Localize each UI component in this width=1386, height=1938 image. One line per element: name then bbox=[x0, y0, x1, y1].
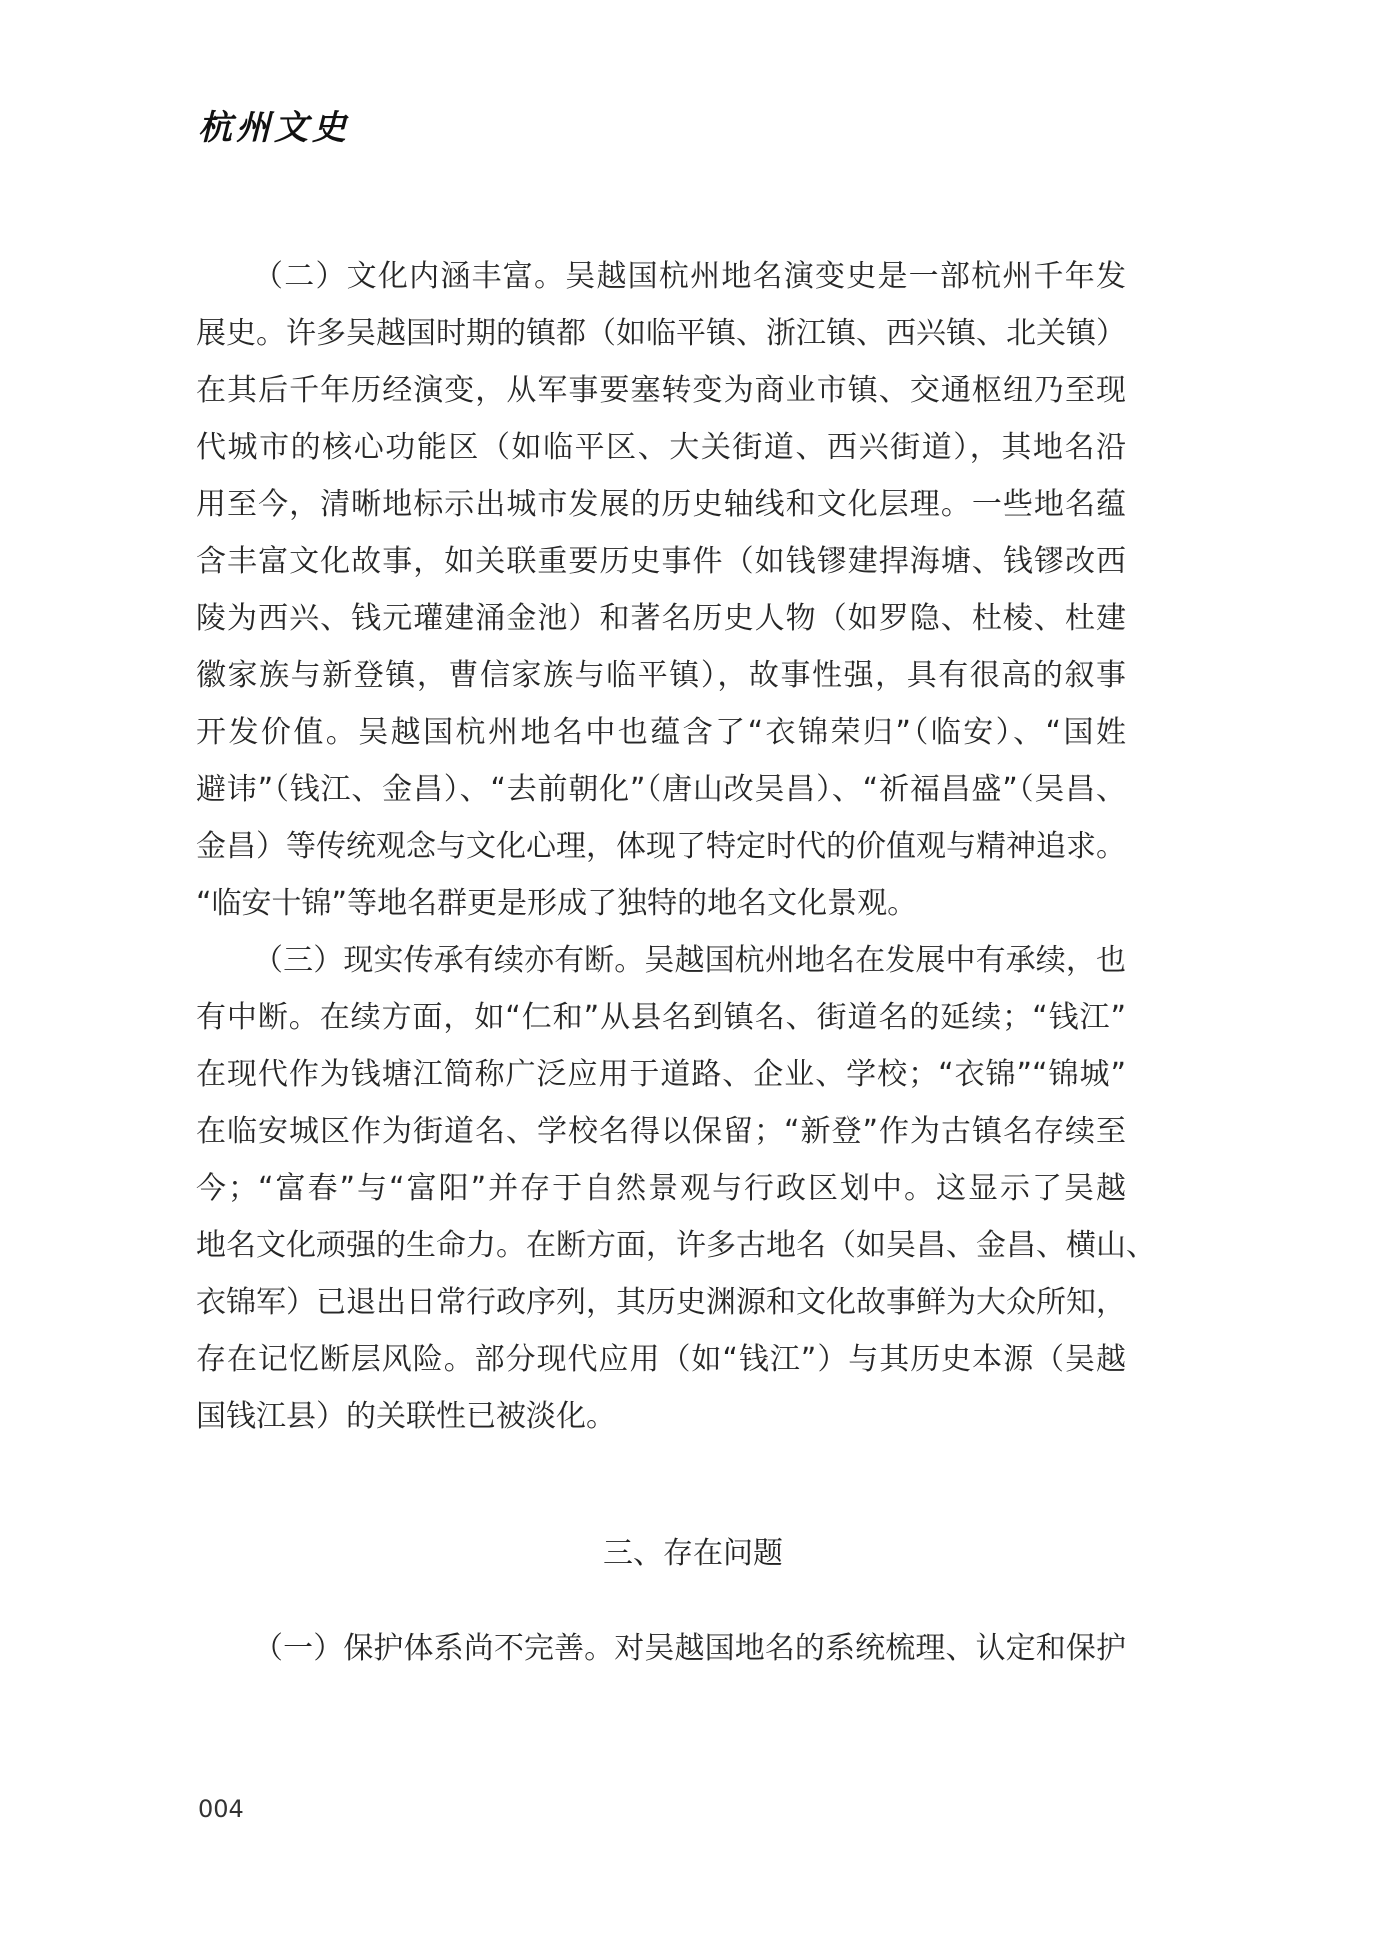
text-line: （三）现实传承有续亦有断。吴越国杭州地名在发展中有承续，也 bbox=[196, 932, 1126, 989]
paragraph-protection-system: （一）保护体系尚不完善。对吴越国地名的系统梳理、认定和保护 bbox=[196, 1620, 1126, 1677]
text-line: 在其后千年历经演变，从军事要塞转变为商业市镇、交通枢纽乃至现 bbox=[196, 362, 1126, 419]
text-line: 在临安城区作为街道名、学校名得以保留；“新登”作为古镇名存续至 bbox=[196, 1103, 1126, 1160]
text-line: 用至今，清晰地标示出城市发展的历史轴线和文化层理。一些地名蕴 bbox=[196, 476, 1126, 533]
text-line: “临安十锦”等地名群更是形成了独特的地名文化景观。 bbox=[196, 875, 1126, 932]
text-line: 衣锦军）已退出日常行政序列，其历史渊源和文化故事鲜为大众所知， bbox=[196, 1274, 1126, 1331]
text-line: 地名文化顽强的生命力。在断方面，许多古地名（如吴昌、金昌、横山、 bbox=[196, 1217, 1126, 1274]
text-line: 展史。许多吴越国时期的镇都（如临平镇、浙江镇、西兴镇、北关镇） bbox=[196, 305, 1126, 362]
text-line: 在现代作为钱塘江简称广泛应用于道路、企业、学校；“衣锦”“锦城” bbox=[196, 1046, 1126, 1103]
text-line: （二）文化内涵丰富。吴越国杭州地名演变史是一部杭州千年发 bbox=[196, 248, 1126, 305]
text-line: 徽家族与新登镇，曹信家族与临平镇），故事性强，具有很高的叙事 bbox=[196, 647, 1126, 704]
text-line: 金昌）等传统观念与文化心理，体现了特定时代的价值观与精神追求。 bbox=[196, 818, 1126, 875]
page-number: 004 bbox=[198, 1795, 244, 1823]
text-line: 陵为西兴、钱元瓘建涌金池）和著名历史人物（如罗隐、杜棱、杜建 bbox=[196, 590, 1126, 647]
paragraph-inheritance: （三）现实传承有续亦有断。吴越国杭州地名在发展中有承续，也 有中断。在续方面，如… bbox=[196, 932, 1126, 1445]
text-line: 存在记忆断层风险。部分现代应用（如“钱江”）与其历史本源（吴越 bbox=[196, 1331, 1126, 1388]
text-line: 今；“富春”与“富阳”并存于自然景观与行政区划中。这显示了吴越 bbox=[196, 1160, 1126, 1217]
text-line: 有中断。在续方面，如“仁和”从县名到镇名、街道名的延续；“钱江” bbox=[196, 989, 1126, 1046]
paragraph-culture: （二）文化内涵丰富。吴越国杭州地名演变史是一部杭州千年发 展史。许多吴越国时期的… bbox=[196, 248, 1126, 932]
text-line: 国钱江县）的关联性已被淡化。 bbox=[196, 1388, 1126, 1445]
text-line: 含丰富文化故事，如关联重要历史事件（如钱镠建捍海塘、钱镠改西 bbox=[196, 533, 1126, 590]
text-line: 避讳”（钱江、金昌）、“去前朝化”（唐山改吴昌）、“祈福昌盛”（吴昌、 bbox=[196, 761, 1126, 818]
text-line: （一）保护体系尚不完善。对吴越国地名的系统梳理、认定和保护 bbox=[196, 1620, 1126, 1677]
running-head-journal-title: 杭州文史 bbox=[198, 100, 350, 149]
text-line: 开发价值。吴越国杭州地名中也蕴含了“衣锦荣归”（临安）、“国姓 bbox=[196, 704, 1126, 761]
section-heading: 三、存在问题 bbox=[0, 1525, 1386, 1582]
body-text: （二）文化内涵丰富。吴越国杭州地名演变史是一部杭州千年发 展史。许多吴越国时期的… bbox=[196, 248, 1126, 1445]
text-line: 代城市的核心功能区（如临平区、大关街道、西兴街道），其地名沿 bbox=[196, 419, 1126, 476]
